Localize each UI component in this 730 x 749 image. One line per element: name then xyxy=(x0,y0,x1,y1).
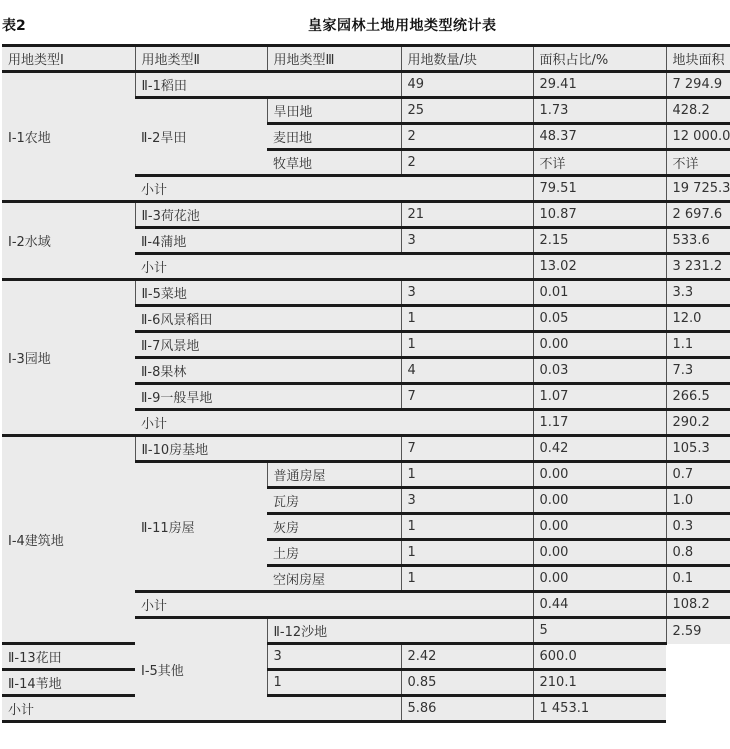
subtotal-ratio: 79.51 xyxy=(533,176,666,202)
ratio-cell: 0.03 xyxy=(533,358,666,384)
count-cell: 2 xyxy=(401,124,533,150)
area-cell: 7.3 xyxy=(666,358,730,384)
subtotal-area: 290.2 xyxy=(666,410,730,436)
type3-cell: 灰房 xyxy=(267,514,401,540)
count-cell: 2 xyxy=(401,150,533,176)
subtotal-ratio: 0.44 xyxy=(533,592,666,618)
ratio-cell: 2.42 xyxy=(401,644,533,670)
subtotal-label: 小计 xyxy=(135,592,533,618)
area-cell: 3.3 xyxy=(666,280,730,306)
count-cell: 3 xyxy=(267,644,401,670)
type2-cell: Ⅱ-6风景稻田 xyxy=(135,306,401,332)
ratio-cell: 0.00 xyxy=(533,540,666,566)
table-title: 皇家园林土地用地类型统计表 xyxy=(308,15,497,35)
type1-cell: Ⅰ-1农地 xyxy=(2,72,135,202)
table-number: 表2 xyxy=(2,15,26,35)
ratio-cell: 10.87 xyxy=(533,202,666,228)
count-cell: 1 xyxy=(401,514,533,540)
count-cell: 1 xyxy=(401,462,533,488)
ratio-cell: 0.00 xyxy=(533,566,666,592)
type2-cell: Ⅱ-1稻田 xyxy=(135,72,401,98)
subtotal-label: 小计 xyxy=(135,176,533,202)
subtotal-area: 19 725.3 xyxy=(666,176,730,202)
type2-cell: Ⅱ-4蒲地 xyxy=(135,228,401,254)
header-ratio: 面积占比/% xyxy=(533,46,666,72)
count-cell: 3 xyxy=(401,280,533,306)
area-cell: 2 697.6 xyxy=(666,202,730,228)
area-cell: 600.0 xyxy=(533,644,666,670)
subtotal-ratio: 1.17 xyxy=(533,410,666,436)
ratio-cell: 0.00 xyxy=(533,332,666,358)
type3-cell: 空闲房屋 xyxy=(267,566,401,592)
area-cell: 0.7 xyxy=(666,462,730,488)
count-cell: 1 xyxy=(401,332,533,358)
type2-cell: Ⅱ-2旱田 xyxy=(135,98,267,176)
subtotal-area: 3 231.2 xyxy=(666,254,730,280)
area-cell: 266.5 xyxy=(666,384,730,410)
header-type3: 用地类型Ⅲ xyxy=(267,46,401,72)
type2-cell: Ⅱ-10房基地 xyxy=(135,436,401,462)
area-cell: 12.0 xyxy=(666,306,730,332)
subtotal-label: 小计 xyxy=(135,254,533,280)
area-cell: 12 000.0 xyxy=(666,124,730,150)
ratio-cell: 2.15 xyxy=(533,228,666,254)
area-cell: 1.0 xyxy=(666,488,730,514)
ratio-cell: 不详 xyxy=(533,150,666,176)
count-cell: 1 xyxy=(401,566,533,592)
type3-cell: 麦田地 xyxy=(267,124,401,150)
ratio-cell: 0.42 xyxy=(533,436,666,462)
ratio-cell: 0.00 xyxy=(533,462,666,488)
type1-cell: Ⅰ-4建筑地 xyxy=(2,436,135,644)
type2-cell: Ⅱ-8果林 xyxy=(135,358,401,384)
subtotal-row: 小计 5.86 1 453.1 xyxy=(2,696,730,722)
area-cell: 0.8 xyxy=(666,540,730,566)
subtotal-area: 1 453.1 xyxy=(533,696,666,722)
count-cell: 7 xyxy=(401,384,533,410)
ratio-cell: 1.73 xyxy=(533,98,666,124)
table-row: Ⅰ-2水域 Ⅱ-3荷花池 21 10.87 2 697.6 xyxy=(2,202,730,228)
ratio-cell: 0.00 xyxy=(533,488,666,514)
subtotal-label: 小计 xyxy=(135,410,533,436)
area-cell: 1.1 xyxy=(666,332,730,358)
type1-cell: Ⅰ-2水域 xyxy=(2,202,135,280)
type3-cell: 土房 xyxy=(267,540,401,566)
type2-cell: Ⅱ-14苇地 xyxy=(2,670,267,696)
ratio-cell: 0.85 xyxy=(401,670,533,696)
type3-cell: 旱田地 xyxy=(267,98,401,124)
count-cell: 1 xyxy=(267,670,401,696)
count-cell: 3 xyxy=(401,228,533,254)
type3-cell: 瓦房 xyxy=(267,488,401,514)
type1-cell: Ⅰ-3园地 xyxy=(2,280,135,436)
table-row: Ⅱ-14苇地 1 0.85 210.1 xyxy=(2,670,730,696)
count-cell: 5 xyxy=(533,618,666,644)
type2-cell: Ⅱ-3荷花池 xyxy=(135,202,401,228)
land-use-table: 用地类型Ⅰ 用地类型Ⅱ 用地类型Ⅲ 用地数量/块 面积占比/% 地块面积 Ⅰ-1… xyxy=(2,44,730,723)
area-cell: 428.2 xyxy=(666,98,730,124)
ratio-cell: 29.41 xyxy=(533,72,666,98)
type2-cell: Ⅱ-9一般旱地 xyxy=(135,384,401,410)
area-cell: 0.3 xyxy=(666,514,730,540)
header-area: 地块面积 xyxy=(666,46,730,72)
area-cell: 不详 xyxy=(666,150,730,176)
type2-cell: Ⅱ-11房屋 xyxy=(135,462,267,592)
count-cell: 21 xyxy=(401,202,533,228)
area-cell: 0.1 xyxy=(666,566,730,592)
subtotal-ratio: 5.86 xyxy=(401,696,533,722)
type3-cell: 普通房屋 xyxy=(267,462,401,488)
table-row: Ⅰ-1农地 Ⅱ-1稻田 49 29.41 7 294.9 xyxy=(2,72,730,98)
subtotal-ratio: 13.02 xyxy=(533,254,666,280)
count-cell: 4 xyxy=(401,358,533,384)
ratio-cell: 0.01 xyxy=(533,280,666,306)
count-cell: 1 xyxy=(401,306,533,332)
count-cell: 49 xyxy=(401,72,533,98)
subtotal-label: 小计 xyxy=(2,696,401,722)
ratio-cell: 0.05 xyxy=(533,306,666,332)
count-cell: 25 xyxy=(401,98,533,124)
ratio-cell: 0.00 xyxy=(533,514,666,540)
table-row: Ⅱ-13花田 3 2.42 600.0 xyxy=(2,644,730,670)
header-row: 用地类型Ⅰ 用地类型Ⅱ 用地类型Ⅲ 用地数量/块 面积占比/% 地块面积 xyxy=(2,46,730,72)
area-cell: 210.1 xyxy=(533,670,666,696)
count-cell: 7 xyxy=(401,436,533,462)
ratio-cell: 1.07 xyxy=(533,384,666,410)
table-row: Ⅰ-3园地 Ⅱ-5菜地 3 0.01 3.3 xyxy=(2,280,730,306)
area-cell: 105.3 xyxy=(666,436,730,462)
header-type1: 用地类型Ⅰ xyxy=(2,46,135,72)
area-cell: 7 294.9 xyxy=(666,72,730,98)
ratio-cell: 2.59 xyxy=(666,618,730,644)
table-caption: 表2 皇家园林土地用地类型统计表 xyxy=(0,13,730,37)
type2-cell: Ⅱ-5菜地 xyxy=(135,280,401,306)
type2-cell: Ⅱ-7风景地 xyxy=(135,332,401,358)
ratio-cell: 48.37 xyxy=(533,124,666,150)
table-row: Ⅰ-4建筑地 Ⅱ-10房基地 7 0.42 105.3 xyxy=(2,436,730,462)
count-cell: 1 xyxy=(401,540,533,566)
header-type2: 用地类型Ⅱ xyxy=(135,46,267,72)
area-cell: 533.6 xyxy=(666,228,730,254)
count-cell: 3 xyxy=(401,488,533,514)
subtotal-area: 108.2 xyxy=(666,592,730,618)
type2-cell: Ⅱ-13花田 xyxy=(2,644,267,670)
header-count: 用地数量/块 xyxy=(401,46,533,72)
type2-cell: Ⅱ-12沙地 xyxy=(267,618,533,644)
type3-cell: 牧草地 xyxy=(267,150,401,176)
